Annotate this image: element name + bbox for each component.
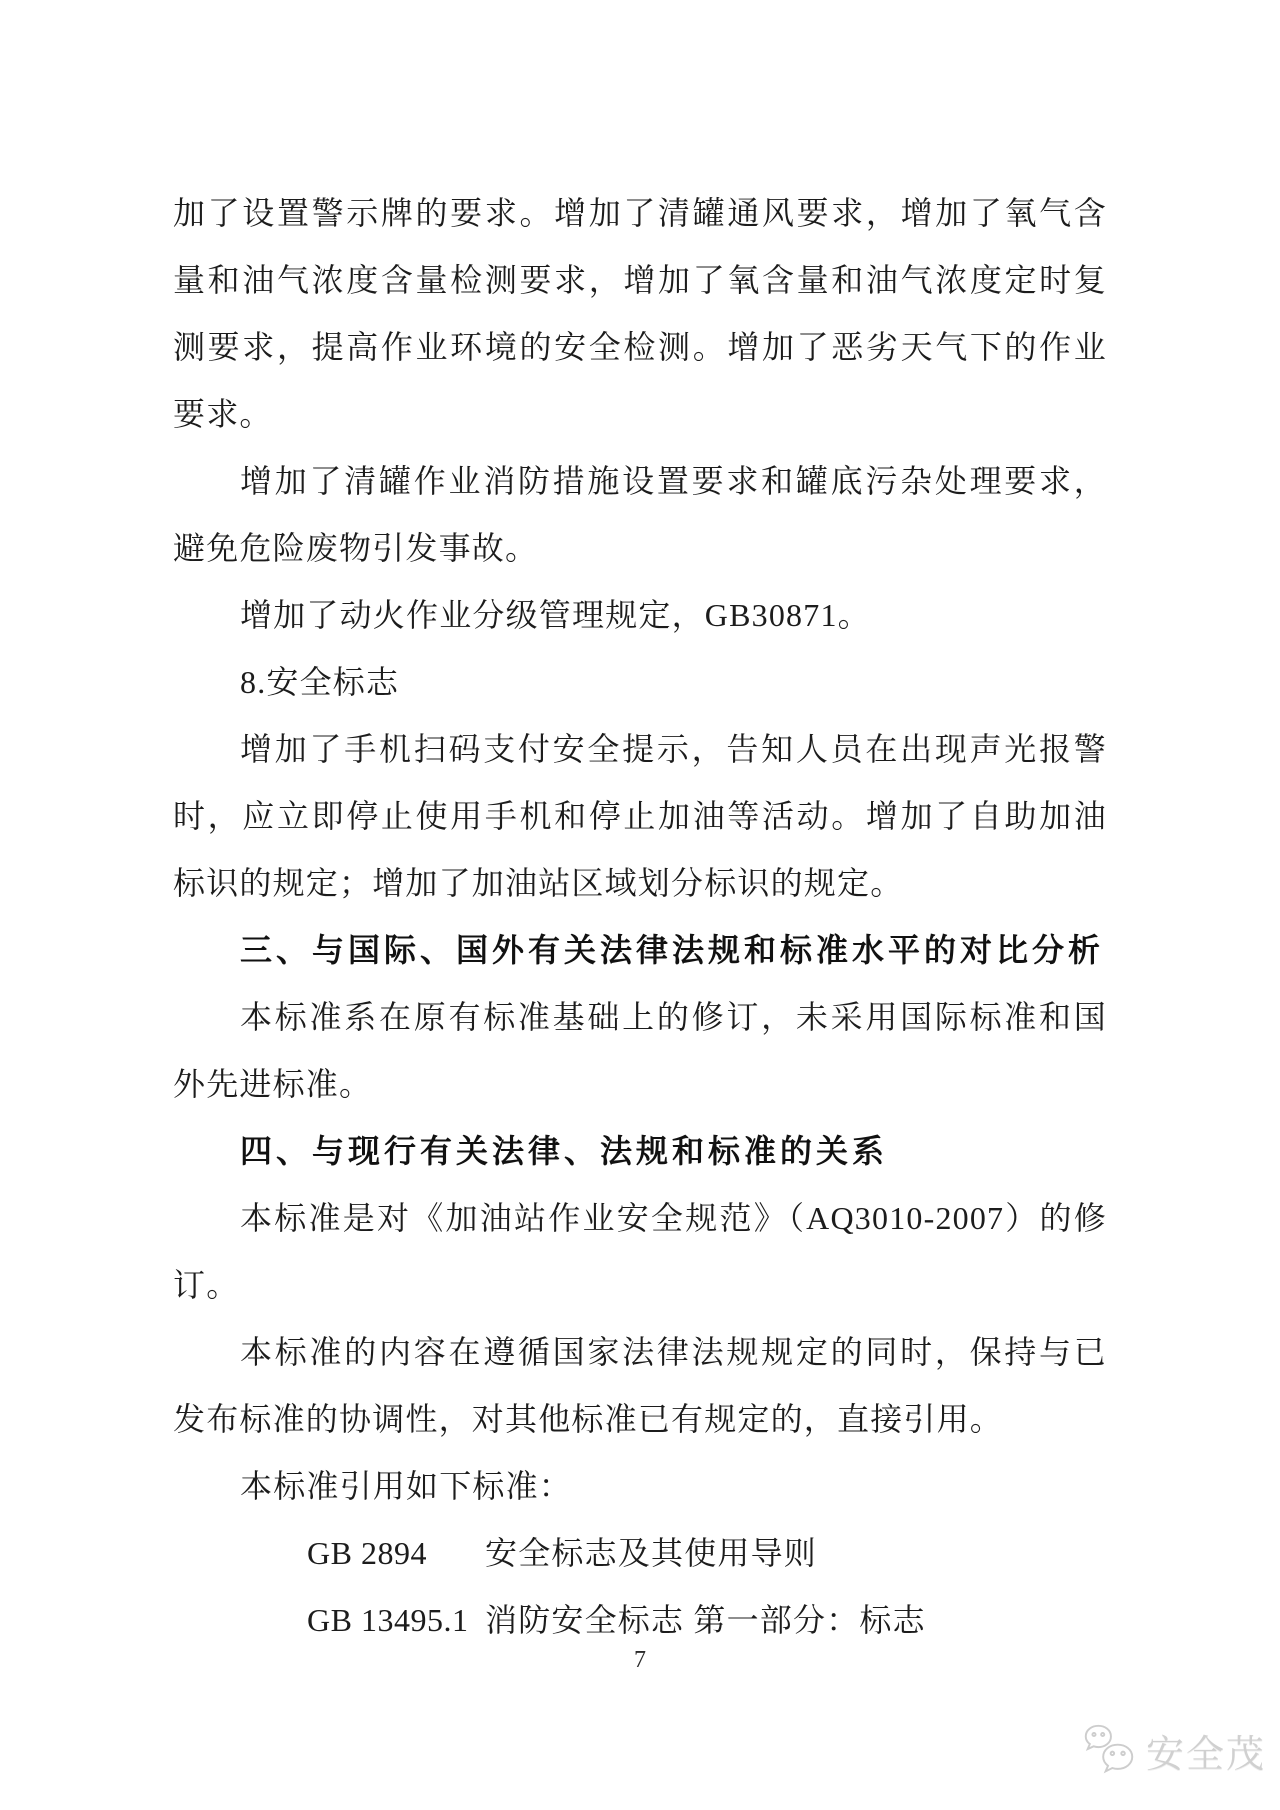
- document-line: 量和油气浓度含量检测要求，增加了氧含量和油气浓度定时复: [173, 247, 1107, 314]
- document-line: 增加了动火作业分级管理规定，GB30871。: [173, 582, 1107, 649]
- document-line: 本标准的内容在遵循国家法律法规规定的同时，保持与已: [173, 1319, 1107, 1386]
- section-heading: 四、与现行有关法律、法规和标准的关系: [173, 1118, 1107, 1185]
- document-line: 标识的规定；增加了加油站区域划分标识的规定。: [173, 850, 1107, 917]
- standard-title: 消防安全标志 第一部分：标志: [485, 1602, 926, 1638]
- document-line: 订。: [173, 1252, 1107, 1319]
- document-line: 本标准系在原有标准基础上的修订，未采用国际标准和国: [173, 984, 1107, 1051]
- document-line: 本标准是对《加油站作业安全规范》（AQ3010-2007）的修: [173, 1185, 1107, 1252]
- standard-reference-row: GB 13495.1消防安全标志 第一部分：标志: [173, 1587, 1107, 1654]
- page-number: 7: [0, 1645, 1280, 1675]
- standard-title: 安全标志及其使用导则: [485, 1535, 817, 1571]
- document-line: 增加了手机扫码支付安全提示，告知人员在出现声光报警: [173, 716, 1107, 783]
- document-line: 测要求，提高作业环境的安全检测。增加了恶劣天气下的作业: [173, 314, 1107, 381]
- document-line: 加了设置警示牌的要求。增加了清罐通风要求，增加了氧气含: [173, 180, 1107, 247]
- document-body: 加了设置警示牌的要求。增加了清罐通风要求，增加了氧气含 量和油气浓度含量检测要求…: [173, 180, 1107, 1654]
- document-line: 本标准引用如下标准：: [173, 1453, 1107, 1520]
- document-page: 加了设置警示牌的要求。增加了清罐通风要求，增加了氧气含 量和油气浓度含量检测要求…: [0, 0, 1280, 1810]
- document-line: 避免危险废物引发事故。: [173, 515, 1107, 582]
- document-line: 发布标准的协调性，对其他标准已有规定的，直接引用。: [173, 1386, 1107, 1453]
- standard-code: GB 13495.1: [240, 1587, 485, 1654]
- watermark: 安全茂: [1078, 1722, 1266, 1778]
- wechat-icon: [1078, 1722, 1140, 1778]
- document-line: 外先进标准。: [173, 1051, 1107, 1118]
- watermark-brand-label: 安全茂: [1146, 1723, 1266, 1778]
- document-line: 要求。: [173, 381, 1107, 448]
- list-item-heading: 8.安全标志: [173, 649, 1107, 716]
- section-heading: 三、与国际、国外有关法律法规和标准水平的对比分析: [173, 917, 1107, 984]
- standard-code: GB 2894: [240, 1520, 485, 1587]
- document-line: 增加了清罐作业消防措施设置要求和罐底污杂处理要求，: [173, 448, 1107, 515]
- document-line: 时，应立即停止使用手机和停止加油等活动。增加了自助加油: [173, 783, 1107, 850]
- standard-reference-row: GB 2894安全标志及其使用导则: [173, 1520, 1107, 1587]
